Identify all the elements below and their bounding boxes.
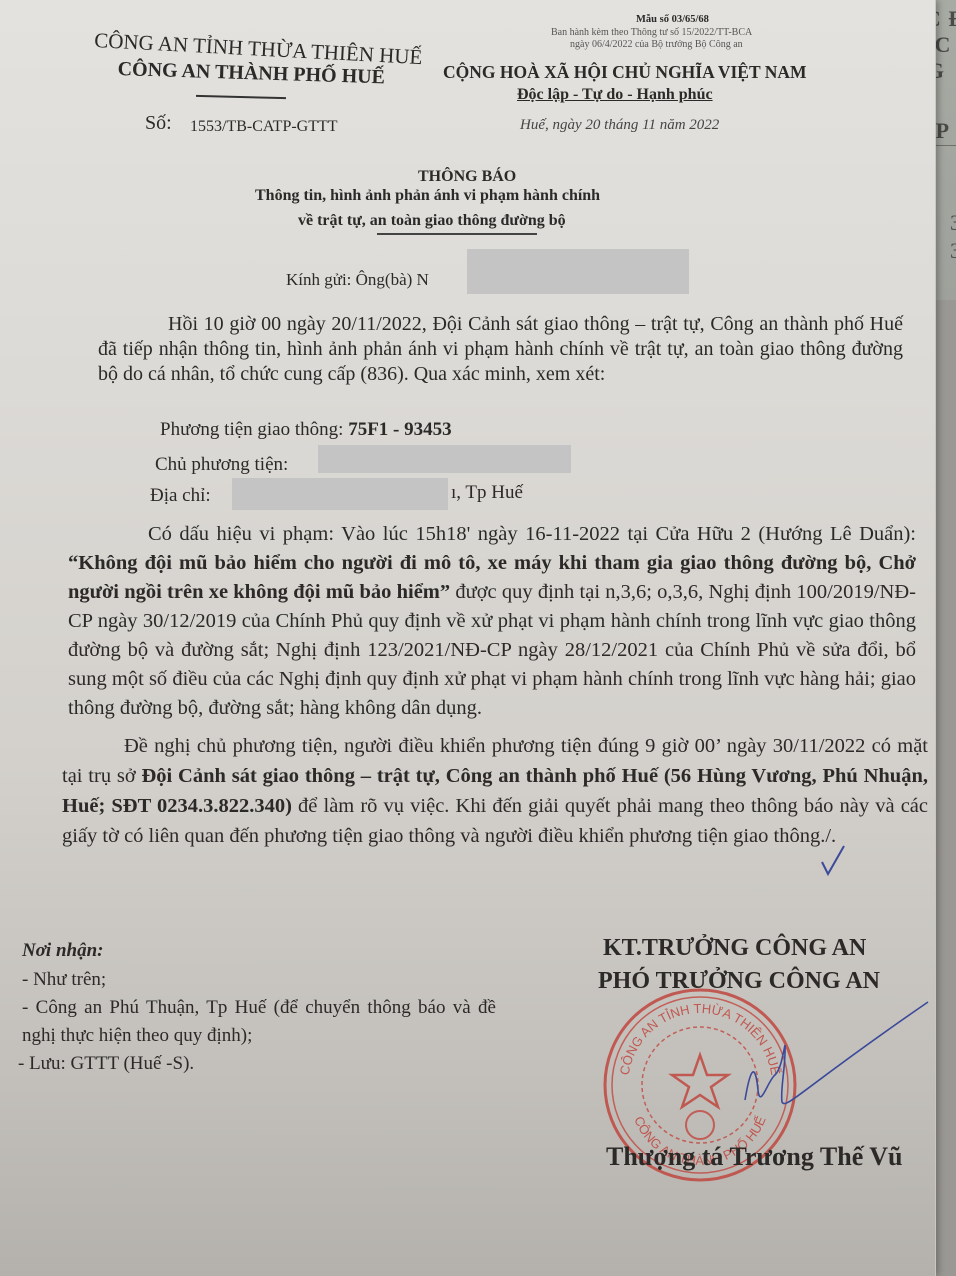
form-number: Mẫu số 03/65/68 bbox=[636, 14, 709, 25]
document-title: THÔNG BÁO bbox=[418, 168, 516, 186]
place-date: Huế, ngày 20 tháng 11 năm 2022 bbox=[520, 117, 719, 134]
doc-number-label: Số: bbox=[145, 112, 172, 135]
recipients-list: - Như trên; - Công an Phú Thuận, Tp Huế … bbox=[18, 966, 496, 1078]
vehicle-label: Phương tiện giao thông: bbox=[160, 419, 343, 440]
form-issued-line-1: Ban hành kèm theo Thông tư số 15/2022/TT… bbox=[551, 27, 752, 38]
national-motto: Độc lập - Tự do - Hạnh phúc bbox=[517, 86, 713, 104]
document-page: CÔNG AN TỈNH THỪA THIÊN HUẾ CÔNG AN THÀN… bbox=[0, 0, 936, 1276]
address-suffix: ı, Tp Huế bbox=[451, 482, 523, 504]
intro-paragraph: Hồi 10 giờ 00 ngày 20/11/2022, Đội Cảnh … bbox=[98, 312, 903, 387]
recipient-item: - Lưu: GTTT (Huế -S). bbox=[18, 1050, 496, 1078]
violation-paragraph: Có dấu hiệu vi phạm: Vào lúc 15h18' ngày… bbox=[68, 520, 916, 723]
checkmark-icon bbox=[818, 838, 858, 878]
document-subtitle-1: Thông tin, hình ảnh phản ánh vi phạm hàn… bbox=[255, 187, 600, 205]
signer-name: Thượng tá Trương Thế Vũ bbox=[606, 1142, 903, 1172]
redacted-owner-name bbox=[318, 445, 571, 473]
address-label: Địa chỉ: bbox=[150, 485, 211, 507]
redacted-recipient-name bbox=[467, 249, 689, 294]
doc-number: 1553/TB-CATP-GTTT bbox=[190, 118, 338, 136]
document-subtitle-2: về trật tự, an toàn giao thông đường bộ bbox=[298, 212, 566, 230]
recipient-item: - Như trên; bbox=[18, 966, 496, 994]
agency-underline bbox=[196, 95, 286, 99]
recipients-heading: Nơi nhận: bbox=[22, 940, 103, 962]
vehicle-plate: 75F1 - 93453 bbox=[348, 419, 451, 440]
background-cell: 3 bbox=[950, 210, 956, 236]
recipient-label: Kính gửi: Ông(bà) N bbox=[286, 270, 429, 290]
violation-prefix: Có dấu hiệu vi phạm: Vào lúc 15h18' ngày… bbox=[148, 523, 916, 545]
title-underline bbox=[377, 233, 537, 235]
nation-title: CỘNG HOÀ XÃ HỘI CHỦ NGHĨA VIỆT NAM bbox=[443, 62, 806, 83]
recipient-item: - Công an Phú Thuận, Tp Huế (để chuyển t… bbox=[18, 994, 496, 1050]
vehicle-info: Phương tiện giao thông: 75F1 - 93453 bbox=[160, 419, 452, 441]
redacted-address bbox=[232, 478, 448, 510]
request-paragraph: Đề nghị chủ phương tiện, người điều khiể… bbox=[62, 731, 928, 851]
owner-label: Chủ phương tiện: bbox=[155, 454, 288, 476]
signature-title-1: KT.TRƯỞNG CÔNG AN bbox=[603, 935, 866, 962]
background-cell: 3 bbox=[950, 238, 956, 264]
form-issued-line-2: ngày 06/4/2022 của Bộ trưởng Bộ Công an bbox=[570, 39, 743, 50]
